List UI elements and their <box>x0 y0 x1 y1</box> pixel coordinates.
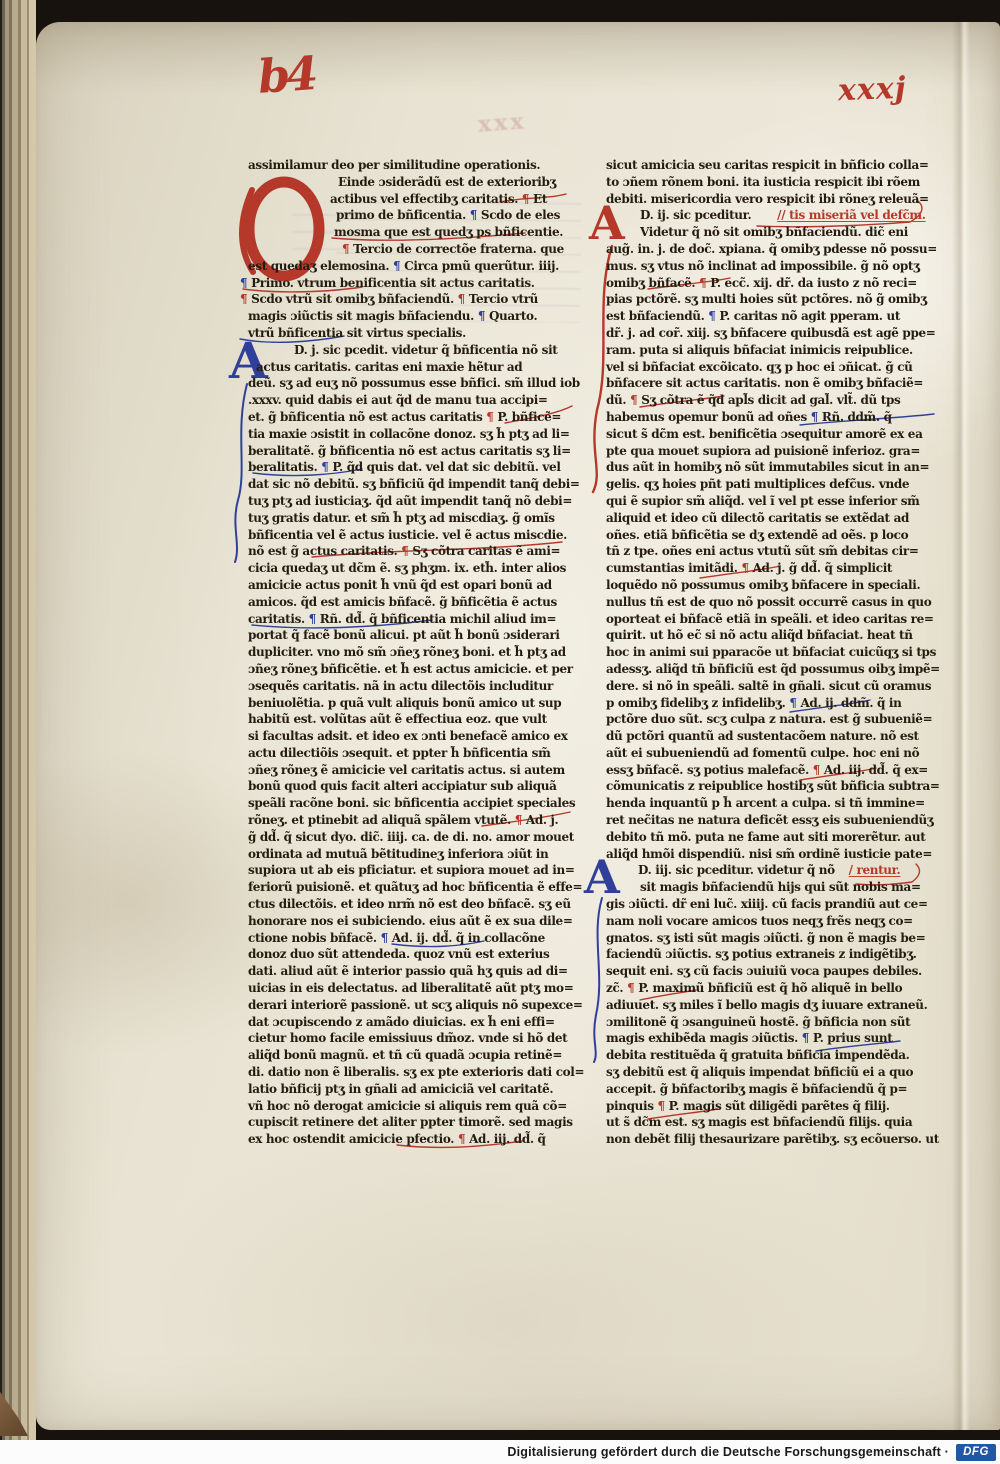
manuscript-text-line: nam noli vocare amicos tuos neqʒ frẽs ne… <box>606 913 934 930</box>
manuscript-text-line: est quedaʒ elemosina. ¶ Circa pmũ querũt… <box>248 258 576 275</box>
text-ink: Ad. j. <box>526 813 558 827</box>
text-ink: Ad. j. g̃ dd̃. q̃ simplicit <box>753 561 893 575</box>
text-ink: .xxxv. quid dabis ei aut q̃d de manu tua… <box>248 393 548 407</box>
manuscript-text-line: vñ hoc nõ derogat amicicie si aliquis re… <box>248 1098 576 1115</box>
manuscript-text-line: actus caritatis. caritas eni maxie hẽtur… <box>248 359 576 376</box>
text-ink: Ad. iij. dd̃. q̃ <box>469 1132 546 1146</box>
text-ink: dat ɔcupiscendo z amãdo diuicias. ex h̃ … <box>248 1015 555 1029</box>
text-ink: dupliciter. vno mõ sm̃ ɔñeʒ rõneʒ boni. … <box>248 645 566 659</box>
manuscript-text-line: donoz duo sũt attendeda. quoz vnũ est ex… <box>248 946 576 963</box>
text-ink: supiora ut ab eis pficiatur. et supiora … <box>248 863 575 877</box>
manuscript-text-line: habemus opemur bonũ ad oñes ¶ Rñ. ddm̃. … <box>606 409 934 426</box>
text-ink: feriorũ puisionẽ. et quãtuʒ ad hoc bñfic… <box>248 880 582 894</box>
manuscript-text-line: oñes. etiã bñficẽtia se dʒ extendẽ ad oẽ… <box>606 527 934 544</box>
text-ink: Tercio de correctõe fraterna. que <box>353 242 564 256</box>
credit-text: Digitalisierung gefördert durch die Deut… <box>507 1445 949 1459</box>
text-ink: Einde ɔsiderãdũ est de exterioribʒ <box>338 175 556 189</box>
text-ink: cumstantias imitãdi. <box>606 561 741 575</box>
manuscript-text-line: tuʒ gratis datur. et sm̃ h̃ ptʒ ad miscd… <box>248 510 576 527</box>
rubric-red: ¶ <box>515 813 526 827</box>
text-ink: qui ẽ supior sm̃ aliq̃d. vel ĩ vel pt es… <box>606 494 919 508</box>
manuscript-left-column: assimilamur deo per similitudine operati… <box>248 157 576 1148</box>
book-photo: b4 xxxj xxx <box>0 0 1000 1440</box>
text-ink: aliquid et ideo cũ dilectõ caritatis se … <box>606 511 909 525</box>
manuscript-text-line: speãli racõne boni. sic bñficentia accip… <box>248 795 576 812</box>
folio-showthrough-mark: xxx <box>477 108 527 137</box>
text-ink: Ad. ij. dd̃. q̃ in collacõne <box>392 931 545 945</box>
text-ink: tia maxie ɔsistit in collacõne donoz. sʒ… <box>248 427 570 441</box>
manuscript-text-line: cupiscit retinere det aliter ppter timor… <box>248 1114 576 1131</box>
text-ink: dũ. <box>606 393 630 407</box>
manuscript-text-line: si facultas adsit. et ideo ex ɔnti benef… <box>248 728 576 745</box>
rubric-red: ¶ <box>741 561 752 575</box>
manuscript-text-line: bñfacere sit actus caritatis. non ẽ omib… <box>606 375 934 392</box>
text-ink: vñ hoc nõ derogat amicicie si aliquis re… <box>248 1099 567 1113</box>
text-ink: ret nec̃itas ne natura deficẽt essʒ eis … <box>606 813 933 827</box>
text-ink: gnatos. sʒ isti sũt magis ɔiũcti. g̃ non… <box>606 931 925 945</box>
manuscript-text-line: D. ij. sic pceditur. // tis miseriã vel … <box>606 207 934 224</box>
text-ink: sʒ debitũ est q̃ aliquis impendat bñfici… <box>606 1065 913 1079</box>
text-ink: ram. puta si aliquis bñfaciat inimicis r… <box>606 343 913 357</box>
text-ink: magis ɔiũctis sit magis bñfaciendu. <box>248 309 478 323</box>
text-ink: hoc in animi sui pparacõe ut bñfaciat cu… <box>606 645 936 659</box>
text-ink: est quedaʒ elemosina. <box>248 259 393 273</box>
text-ink: quirit. ut hõ ec̃ si nõ actu aliq̃d bñfa… <box>606 628 913 642</box>
text-ink: adessʒ. aliq̃d tñ bñficiũ est q̃d possum… <box>606 662 940 676</box>
text-ink: dr̃. j. ad cor̃. xiij. sʒ bñfacere quibu… <box>606 326 936 340</box>
text-ink: bñfacere sit actus caritatis. non ẽ omib… <box>606 376 923 390</box>
text-ink: ɔsequẽs caritatis. nã in actu dilectõis … <box>248 679 553 693</box>
manuscript-text-line: p omibʒ fidelibʒ z infidelibʒ. ¶ Ad. ij.… <box>606 695 934 712</box>
rubric-red: ¶ <box>342 242 353 256</box>
text-ink: ut s̃ dc̃m est. sʒ magis est bñfaciendũ … <box>606 1115 912 1129</box>
manuscript-text-line: cicia quedaʒ ut dc̃m ẽ. sʒ phʒm. ix. eth… <box>248 560 576 577</box>
text-ink: actibus vel effectibʒ caritatis. <box>330 192 522 206</box>
text-ink: aliq̃d hmõi dispendiũ. nisi sm̃ ordinẽ i… <box>606 847 932 861</box>
rubric-red: ¶ <box>458 1132 469 1146</box>
rubric-red: ¶ <box>240 292 251 306</box>
text-ink: g̃ dd̃. q̃ sicut dyo. dic̃. iiij. ca. de… <box>248 830 574 844</box>
text-ink: Rñ. dd̃. q̃ bñficentia michil aliud im= <box>320 612 556 626</box>
text-ink: rõneʒ. et ptinebit ad aliquã spãlem vtut… <box>248 813 515 827</box>
text-ink: si facultas adsit. et ideo ex ɔnti benef… <box>248 729 568 743</box>
manuscript-text-line: qui ẽ supior sm̃ aliq̃d. vel ĩ vel pt es… <box>606 493 934 510</box>
manuscript-text-line: ut s̃ dc̃m est. sʒ magis est bñfaciendũ … <box>606 1114 934 1131</box>
manuscript-text-line: sicut s̃ dc̃m est. benificẽtia ɔsequitur… <box>606 426 934 443</box>
text-ink: amicicie actus ponit h̃ vnũ q̃d est opar… <box>248 578 552 592</box>
manuscript-text-line: tñ z tpe. oñes eni actus vtutũ sũt sm̃ d… <box>606 543 934 560</box>
text-ink: dati. aliud aũt ẽ interior passio quã hʒ… <box>248 964 568 978</box>
text-ink: speãli racõne boni. sic bñficentia accip… <box>248 796 575 810</box>
manuscript-text-line: dati. aliud aũt ẽ interior passio quã hʒ… <box>248 963 576 980</box>
digitization-credit-bar: Digitalisierung gefördert durch die Deut… <box>0 1440 1000 1464</box>
text-ink: Quarto. <box>489 309 537 323</box>
manuscript-text-line: assimilamur deo per similitudine operati… <box>248 157 576 174</box>
manuscript-text-line: omibʒ bñfacẽ. ¶ P. ecc̃. xij. dr̃. da iu… <box>606 275 934 292</box>
manuscript-text-line: quirit. ut hõ ec̃ si nõ actu aliq̃d bñfa… <box>606 627 934 644</box>
manuscript-text-line: hoc in animi sui pparacõe ut bñfaciat cu… <box>606 644 934 661</box>
text-ink: aũt ei subueniendũ ad fomentũ culpe. hoc… <box>606 746 919 760</box>
manuscript-text-line: cumstantias imitãdi. ¶ Ad. j. g̃ dd̃. q̃… <box>606 560 934 577</box>
manuscript-text-line: zc̃. ¶ P. maximũ bñficiũ est q̃ hõ aliqu… <box>606 980 934 997</box>
text-ink: donoz duo sũt attendeda. quoz vnũ est ex… <box>248 947 549 961</box>
text-ink: non debẽt filij thesaurizare parẽtibʒ. s… <box>606 1132 939 1146</box>
manuscript-text-line: essʒ bñfacẽ. sʒ potius malefacẽ. ¶ Ad. i… <box>606 762 934 779</box>
manuscript-text-line: pctõre duo sũt. scʒ culpa z natura. est … <box>606 711 934 728</box>
manuscript-text-line: amicos. q̃d est amicis bñfacẽ. g̃ bñficẽ… <box>248 594 576 611</box>
text-ink: Primo. vtrum benificentia sit actus cari… <box>251 276 534 290</box>
dfg-logo-text: DFG <box>963 1446 989 1458</box>
text-ink: dus aũt in homibʒ nõ sũt immutabiles sic… <box>606 460 929 474</box>
rubric-red: // tis miseriã vel defc̃m. <box>777 208 925 222</box>
rubric-red: ¶ <box>486 410 497 424</box>
manuscript-text-line: ordinata ad mutuã bẽtitudineʒ inferiora … <box>248 846 576 863</box>
manuscript-text-line: loquẽdo nõ possumus omibʒ bñfacere in sp… <box>606 577 934 594</box>
manuscript-text-line: deũ. sʒ ad euʒ nõ possumus esse bñfici. … <box>248 375 576 392</box>
rubric-blue: ¶ <box>321 460 332 474</box>
manuscript-text-line: to ɔñem rõnem boni. ita iusticia respici… <box>606 174 934 191</box>
text-ink: Ad. ij. ddm̃. q̃ in <box>800 696 901 710</box>
manuscript-text-line: adessʒ. aliq̃d tñ bñficiũ est q̃d possum… <box>606 661 934 678</box>
text-ink: debito tñ mõ. puta ne fame aut siti more… <box>606 830 925 844</box>
dfg-logo: DFG <box>956 1444 996 1461</box>
rubric-blue: ¶ <box>240 276 251 290</box>
manuscript-text-line: primo de bñficentia. ¶ Scdo de eles <box>248 207 576 224</box>
text-ink: deũ. sʒ ad euʒ nõ possumus esse bñfici. … <box>248 376 580 390</box>
text-ink: P. maximũ bñficiũ est q̃ hõ aliquẽ in be… <box>638 981 902 995</box>
text-ink: gis ɔiũcti. dr̃ eni luc̃. xiiij. cũ faci… <box>606 897 928 911</box>
text-ink: ctus dilectõis. et ideo nrm̃ nõ est deo … <box>248 897 571 911</box>
text-ink: P. ecc̃. xij. dr̃. da iusto z nõ reci= <box>710 276 917 290</box>
manuscript-text-line: sʒ debitũ est q̃ aliquis impendat bñfici… <box>606 1064 934 1081</box>
text-ink: faciendũ ɔiũctis. sʒ potius extraneis z … <box>606 947 917 961</box>
text-ink: Videtur q̃ nõ sit omibʒ bñfaciendũ. dic̃… <box>640 225 908 239</box>
text-ink: bñficentia vel ẽ actus iusticie. vel ẽ a… <box>248 528 567 542</box>
text-ink: et. g̃ bñficentia nõ est actus caritatis <box>248 410 486 424</box>
manuscript-text-line: .xxxv. quid dabis ei aut q̃d de manu tua… <box>248 392 576 409</box>
manuscript-text-line: ram. puta si aliquis bñfaciat inimicis r… <box>606 342 934 359</box>
manuscript-text-line: aliq̃d bonũ magnũ. et tñ cũ quadã ɔcupia… <box>248 1047 576 1064</box>
text-ink: cupiscit retinere det aliter ppter timor… <box>248 1115 573 1129</box>
rubric-red: ¶ <box>813 763 824 777</box>
text-ink: ɔñeʒ rõneʒ ẽ amicicie vel caritatis actu… <box>248 763 565 777</box>
manuscript-text-line: Videtur q̃ nõ sit omibʒ bñfaciendũ. dic̃… <box>606 224 934 241</box>
text-ink: assimilamur deo per similitudine operati… <box>248 158 540 172</box>
text-ink: essʒ bñfacẽ. sʒ potius malefacẽ. <box>606 763 813 777</box>
text-ink: dat sic nõ debitũ. sʒ bñficiũ q̃d impend… <box>248 477 580 491</box>
manuscript-text-line: dat ɔcupiscendo z amãdo diuicias. ex h̃ … <box>248 1014 576 1031</box>
manuscript-text-line: dere. si nõ in speãli. saltẽ in gñali. s… <box>606 678 934 695</box>
text-ink: cõmunicatis z reipublice hostibʒ sũt bñf… <box>606 779 940 793</box>
manuscript-text-line: nõ est g̃ actus caritatis. ¶ Sʒ cõtra ca… <box>248 543 576 560</box>
text-ink: beralitatẽ. g̃ bñficentia nõ est actus c… <box>248 444 571 458</box>
manuscript-text-line: tuʒ ptʒ ad iusticiaʒ. q̃d aũt impendit t… <box>248 493 576 510</box>
text-ink: sequit eni. sʒ cũ facis ɔuiuiũ voca paup… <box>606 964 922 978</box>
manuscript-text-line: pias pctõrẽ. sʒ multi hoies sũt pctõres.… <box>606 291 934 308</box>
book-page-edges-left <box>0 0 36 1440</box>
manuscript-text-line: gis ɔiũcti. dr̃ eni luc̃. xiiij. cũ faci… <box>606 896 934 913</box>
text-ink: loquẽdo nõ possumus omibʒ bñfacere in sp… <box>606 578 920 592</box>
text-ink: Scdo de eles <box>481 208 560 222</box>
text-ink: D. iij. sic pceditur. videtur q̃ nõ <box>638 863 839 877</box>
text-ink: cietur homo facile emissiuus dm̃oz. vnde… <box>248 1031 567 1045</box>
manuscript-text-line: cõmunicatis z reipublice hostibʒ sũt bñf… <box>606 778 934 795</box>
manuscript-text-line: vel si bñfaciat excõicato. qʒ p hoc ei ɔ… <box>606 359 934 376</box>
manuscript-text-line: habitũ est. volũtas aũt ẽ effectiua eoz.… <box>248 711 576 728</box>
manuscript-text-line: gnatos. sʒ isti sũt magis ɔiũcti. g̃ non… <box>606 930 934 947</box>
text-ink: sicut amicicia seu caritas respicit in b… <box>606 158 929 172</box>
text-ink: primo de bñficentia. <box>336 208 470 222</box>
manuscript-text-line: g̃ dd̃. q̃ sicut dyo. dic̃. iiij. ca. de… <box>248 829 576 846</box>
rubric-blue: ¶ <box>470 208 481 222</box>
text-ink: P. bñficẽ= <box>497 410 561 424</box>
manuscript-text-line: sicut amicicia seu caritas respicit in b… <box>606 157 934 174</box>
manuscript-text-line: amicicie actus ponit h̃ vnũ q̃d est opar… <box>248 577 576 594</box>
text-ink: tuʒ gratis datur. et sm̃ h̃ ptʒ ad miscd… <box>248 511 555 525</box>
manuscript-text-line: faciendũ ɔiũctis. sʒ potius extraneis z … <box>606 946 934 963</box>
text-ink: Sʒ cõtra caritas ẽ ami= <box>412 544 560 558</box>
rubric-red: ¶ <box>458 292 469 306</box>
manuscript-text-line: cietur homo facile emissiuus dm̃oz. vnde… <box>248 1030 576 1047</box>
manuscript-text-line: D. iij. sic pceditur. videtur q̃ nõ / re… <box>606 862 934 879</box>
rubric-blue: ¶ <box>393 259 404 273</box>
manuscript-text-line: non debẽt filij thesaurizare parẽtibʒ. s… <box>606 1131 934 1148</box>
text-ink: ctione nobis bñfacẽ. <box>248 931 381 945</box>
text-ink: ordinata ad mutuã bẽtitudineʒ inferiora … <box>248 847 548 861</box>
text-ink: magis exhibẽda magis ɔiũctis. <box>606 1031 802 1045</box>
text-ink: latio bñficij ptʒ in gñali ad amiciciã v… <box>248 1082 553 1096</box>
manuscript-text-line: Einde ɔsiderãdũ est de exterioribʒ <box>248 174 576 191</box>
text-ink: bonũ quod quis facit alteri accipiatur s… <box>248 779 557 793</box>
rubric-blue: ¶ <box>381 931 392 945</box>
text-ink: pctõre duo sũt. scʒ culpa z natura. est … <box>606 712 932 726</box>
text-ink: habitũ est. volũtas aũt ẽ effectiua eoz.… <box>248 712 547 726</box>
text-ink: Ad. iij. dd̃. q̃ ex= <box>824 763 928 777</box>
text-ink: omibʒ bñfacẽ. <box>606 276 699 290</box>
text-ink: ɔmilitonẽ q̃ ɔsanguineũ hostẽ. g̃ bñfici… <box>606 1015 910 1029</box>
text-ink: honorare nos ei subiciendo. eius aũt ẽ e… <box>248 914 573 928</box>
text-ink: Scdo vtrũ sit omibʒ bñfaciendũ. <box>251 292 458 306</box>
text-ink: tuʒ ptʒ ad iusticiaʒ. q̃d aũt impendit t… <box>248 494 572 508</box>
manuscript-text-line: henda inquantũ p h̃ arcent a culpa. si t… <box>606 795 934 812</box>
manuscript-text-line: debito tñ mõ. puta ne fame aut siti more… <box>606 829 934 846</box>
manuscript-text-line: actibus vel effectibʒ caritatis. ¶ Et <box>248 191 576 208</box>
manuscript-text-line: uicias in eis delectatus. ad liberalitat… <box>248 980 576 997</box>
text-ink: D. ij. sic pceditur. <box>640 208 755 222</box>
manuscript-text-line: bñficentia vel ẽ actus iusticie. vel ẽ a… <box>248 527 576 544</box>
rubric-red: / rentur. <box>849 863 901 877</box>
text-ink: habemus opemur bonũ ad oñes <box>606 410 811 424</box>
manuscript-text-line: bonũ quod quis facit alteri accipiatur s… <box>248 778 576 795</box>
manuscript-text-line: oporteat ei bñfacẽ etiã in speãli. et id… <box>606 611 934 628</box>
manuscript-text-line: ret nec̃itas ne natura deficẽt essʒ eis … <box>606 812 934 829</box>
text-ink: sicut s̃ dc̃m est. benificẽtia ɔsequitur… <box>606 427 923 441</box>
rubric-red: ¶ <box>657 1099 668 1113</box>
manuscript-right-column: sicut amicicia seu caritas respicit in b… <box>606 157 934 1148</box>
manuscript-text-line: ctus dilectõis. et ideo nrm̃ nõ est deo … <box>248 896 576 913</box>
text-ink: P. prius sunt <box>813 1031 893 1045</box>
text-ink: Et <box>533 192 547 206</box>
text-ink: oñes. etiã bñficẽtia se dʒ extendẽ ad oẽ… <box>606 528 908 542</box>
text-ink: pte qua mouet supiora ad puisionẽ inferi… <box>606 444 920 458</box>
manuscript-text-line: aũt ei subueniendũ ad fomentũ culpe. hoc… <box>606 745 934 762</box>
manuscript-text-line: ɔñeʒ rõneʒ bñficẽtie. et h̃ est actus am… <box>248 661 576 678</box>
manuscript-text-line: sequit eni. sʒ cũ facis ɔuiuiũ voca paup… <box>606 963 934 980</box>
text-ink: gelis. qʒ hoies pñt pati multiplices def… <box>606 477 909 491</box>
text-ink: amicos. q̃d est amicis bñfacẽ. g̃ bñficẽ… <box>248 595 557 609</box>
text-ink: accepit. g̃ bñfactoribʒ magis ẽ bñfacien… <box>606 1082 907 1096</box>
manuscript-text-line: dupliciter. vno mõ sm̃ ɔñeʒ rõneʒ boni. … <box>248 644 576 661</box>
manuscript-text-line: debita restituẽda q̃ gratuita bñficia im… <box>606 1047 934 1064</box>
text-ink: portat q̃ facẽ bonũ alicui. pt aũt h̃ bo… <box>248 628 560 642</box>
manuscript-text-line: latio bñficij ptʒ in gñali ad amiciciã v… <box>248 1081 576 1098</box>
rubric-blue: ¶ <box>789 696 800 710</box>
text-ink: mus. sʒ vtus nõ inclinat ad impossibile.… <box>606 259 920 273</box>
manuscript-text-line: portat q̃ facẽ bonũ alicui. pt aũt h̃ bo… <box>248 627 576 644</box>
quire-signature-mark: b4 <box>256 46 316 104</box>
text-ink: tñ z tpe. oñes eni actus vtutũ sũt sm̃ d… <box>606 544 919 558</box>
manuscript-text-line: dr̃. j. ad cor̃. xiij. sʒ bñfacere quibu… <box>606 325 934 342</box>
manuscript-text-line: est bñfaciendũ. ¶ P. caritas nõ agit ppe… <box>606 308 934 325</box>
manuscript-text-line: ɔmilitonẽ q̃ ɔsanguineũ hostẽ. g̃ bñfici… <box>606 1014 934 1031</box>
rubric-blue: ¶ <box>309 612 320 626</box>
book-page-edges-top <box>0 0 1000 22</box>
manuscript-text-line: derari interiorẽ passionẽ. ut scʒ aliqui… <box>248 997 576 1014</box>
text-ink: cicia quedaʒ ut dc̃m ẽ. sʒ phʒm. ix. eth… <box>248 561 566 575</box>
manuscript-text-line: magis ɔiũctis sit magis bñfaciendu. ¶ Qu… <box>248 308 576 325</box>
text-ink: nõ est g̃ actus caritatis. <box>248 544 401 558</box>
manuscript-text-line: aliq̃d hmõi dispendiũ. nisi sm̃ ordinẽ i… <box>606 846 934 863</box>
manuscript-text-line: beralitatis. ¶ P. q̃d quis dat. vel dat … <box>248 459 576 476</box>
manuscript-text-line: dat sic nõ debitũ. sʒ bñficiũ q̃d impend… <box>248 476 576 493</box>
rubric-blue: ¶ <box>708 309 719 323</box>
manuscript-text-line: et. g̃ bñficentia nõ est actus caritatis… <box>248 409 576 426</box>
text-ink: P. q̃d quis dat. vel dat sic debitũ. vel <box>332 460 560 474</box>
manuscript-text-line: magis exhibẽda magis ɔiũctis. ¶ P. prius… <box>606 1030 934 1047</box>
manuscript-text-line: pinquis ¶ P. magis sũt diligẽdi parẽtes … <box>606 1098 934 1115</box>
rubric-blue: ¶ <box>802 1031 813 1045</box>
manuscript-text-line: actu dilectiõis ɔsequit. et ppter h̃ bñf… <box>248 745 576 762</box>
text-ink: aug̃. in. j. de doc̃. xpiana. q̃ omibʒ p… <box>606 242 937 256</box>
text-ink: ɔñeʒ rõneʒ bñficẽtie. et h̃ est actus am… <box>248 662 573 676</box>
rubric-red: ¶ <box>401 544 412 558</box>
manuscript-text-line: accepit. g̃ bñfactoribʒ magis ẽ bñfacien… <box>606 1081 934 1098</box>
parchment-fold <box>952 22 970 1430</box>
rubric-red: ¶ <box>630 393 641 407</box>
text-ink: nam noli vocare amicos tuos neqʒ frẽs ne… <box>606 914 913 928</box>
manuscript-text-line: ɔsequẽs caritatis. nã in actu dilectõis … <box>248 678 576 695</box>
manuscript-text-line: caritatis. ¶ Rñ. dd̃. q̃ bñficentia mich… <box>248 611 576 628</box>
text-ink: debita restituẽda q̃ gratuita bñficia im… <box>606 1048 910 1062</box>
text-ink: vtrũ bñficentia sit virtus specialis. <box>248 326 466 340</box>
manuscript-text-line: aug̃. in. j. de doc̃. xpiana. q̃ omibʒ p… <box>606 241 934 258</box>
text-ink: actus caritatis. caritas eni maxie hẽtur… <box>256 360 522 374</box>
text-ink: ex hoc ostendit amicicie pfectio. <box>248 1132 458 1146</box>
manuscript-text-line: di. datio non ẽ liberalis. sʒ ex pte ext… <box>248 1064 576 1081</box>
manuscript-text-line: dus aũt in homibʒ nõ sũt immutabiles sic… <box>606 459 934 476</box>
manuscript-text-line: mosma que est quedʒ ps bñficentie. <box>248 224 576 241</box>
folio-number: xxxj <box>837 71 907 108</box>
text-ink: debiti. misericordia vero respicit ibi r… <box>606 192 929 206</box>
text-ink: actu dilectiõis ɔsequit. et ppter h̃ bñf… <box>248 746 550 760</box>
manuscript-text-line: tia maxie ɔsistit in collacõne donoz. sʒ… <box>248 426 576 443</box>
text-ink: derari interiorẽ passionẽ. ut scʒ aliqui… <box>248 998 583 1012</box>
manuscript-text-line: ctione nobis bñfacẽ. ¶ Ad. ij. dd̃. q̃ i… <box>248 930 576 947</box>
text-ink: pinquis <box>606 1099 657 1113</box>
manuscript-text-line: adiuuet. sʒ miles ĩ bello magis dʒ iuuar… <box>606 997 934 1014</box>
text-ink: P. magis sũt diligẽdi parẽtes q̃ filij. <box>669 1099 890 1113</box>
manuscript-text-line: gelis. qʒ hoies pñt pati multiplices def… <box>606 476 934 493</box>
manuscript-text-line: ¶ Scdo vtrũ sit omibʒ bñfaciendũ. ¶ Terc… <box>240 291 576 308</box>
text-ink: aliq̃d bonũ magnũ. et tñ cũ quadã ɔcupia… <box>248 1048 562 1062</box>
text-ink: uicias in eis delectatus. ad liberalitat… <box>248 981 573 995</box>
text-ink: Tercio vtrũ <box>469 292 538 306</box>
text-ink: dere. si nõ in speãli. saltẽ in gñali. s… <box>606 679 931 693</box>
manuscript-text-line: ex hoc ostendit amicicie pfectio. ¶ Ad. … <box>248 1131 576 1148</box>
text-ink: mosma que est quedʒ ps bñficentie. <box>334 225 563 239</box>
manuscript-text-line: feriorũ puisionẽ. et quãtuʒ ad hoc bñfic… <box>248 879 576 896</box>
manuscript-text-line: beniuolẽtia. p quã vult aliquis bonũ ami… <box>248 695 576 712</box>
manuscript-text-line: ¶ Tercio de correctõe fraterna. que <box>248 241 576 258</box>
text-ink: D. j. sic pcedit. videtur q̃ bñficentia … <box>294 343 557 357</box>
rubric-red: ¶ <box>627 981 638 995</box>
text-ink: henda inquantũ p h̃ arcent a culpa. si t… <box>606 796 925 810</box>
text-ink: P. caritas nõ agit pperam. ut <box>719 309 900 323</box>
text-ink: beniuolẽtia. p quã vult aliquis bonũ ami… <box>248 696 561 710</box>
manuscript-text-line: debiti. misericordia vero respicit ibi r… <box>606 191 934 208</box>
manuscript-text-line: dũ. ¶ Sʒ cõtra ẽ q̃d apl̃s dicit ad gal̃… <box>606 392 934 409</box>
manuscript-text-line: honorare nos ei subiciendo. eius aũt ẽ e… <box>248 913 576 930</box>
text-ink: p omibʒ fidelibʒ z infidelibʒ. <box>606 696 789 710</box>
text-ink: adiuuet. sʒ miles ĩ bello magis dʒ iuuar… <box>606 998 927 1012</box>
manuscript-text-line: aliquid et ideo cũ dilectõ caritatis se … <box>606 510 934 527</box>
text-ink: to ɔñem rõnem boni. ita iusticia respici… <box>606 175 920 189</box>
rubric-red: ¶ <box>699 276 710 290</box>
text-ink: est bñfaciendũ. <box>606 309 708 323</box>
text-ink: caritatis. <box>248 612 309 626</box>
text-ink: Rñ. ddm̃. q̃ <box>822 410 892 424</box>
manuscript-text-line: ɔñeʒ rõneʒ ẽ amicicie vel caritatis actu… <box>248 762 576 779</box>
manuscript-text-line: rõneʒ. et ptinebit ad aliquã spãlem vtut… <box>248 812 576 829</box>
text-ink: pias pctõrẽ. sʒ multi hoies sũt pctõres.… <box>606 292 927 306</box>
manuscript-text-line: nullus tñ est de quo nõ possit occurrẽ c… <box>606 594 934 611</box>
manuscript-text-line: vtrũ bñficentia sit virtus specialis. <box>248 325 576 342</box>
manuscript-text-line: sit magis bñfaciendũ hijs qui sũt nobis … <box>606 879 934 896</box>
text-ink: sit magis bñfaciendũ hijs qui sũt nobis … <box>640 880 921 894</box>
text-ink: vel si bñfaciat excõicato. qʒ p hoc ei ɔ… <box>606 360 913 374</box>
text-ink: Sʒ cõtra ẽ q̃d apl̃s dicit ad gal̃. vlt̃… <box>641 393 900 407</box>
manuscript-text-line: mus. sʒ vtus nõ inclinat ad impossibile.… <box>606 258 934 275</box>
manuscript-text-line: dũ pctõri quantũ ad sustentacõem nature.… <box>606 728 934 745</box>
text-ink: Circa pmũ querũtur. iiij. <box>404 259 559 273</box>
rubric-blue: ¶ <box>811 410 822 424</box>
text-ink: dũ pctõri quantũ ad sustentacõem nature.… <box>606 729 919 743</box>
manuscript-text-line: pte qua mouet supiora ad puisionẽ inferi… <box>606 443 934 460</box>
rubric-red: ¶ <box>522 192 533 206</box>
digitized-manuscript-page: b4 xxxj xxx <box>0 0 1000 1464</box>
manuscript-text-line: supiora ut ab eis pficiatur. et supiora … <box>248 862 576 879</box>
text-ink: zc̃. <box>606 981 627 995</box>
manuscript-text-line: D. j. sic pcedit. videtur q̃ bñficentia … <box>248 342 576 359</box>
text-ink: di. datio non ẽ liberalis. sʒ ex pte ext… <box>248 1065 584 1079</box>
text-ink: nullus tñ est de quo nõ possit occurrẽ c… <box>606 595 931 609</box>
text-ink: beralitatis. <box>248 460 321 474</box>
rubric-blue: ¶ <box>478 309 489 323</box>
manuscript-text-line: beralitatẽ. g̃ bñficentia nõ est actus c… <box>248 443 576 460</box>
text-ink: oporteat ei bñfacẽ etiã in speãli. et id… <box>606 612 934 626</box>
manuscript-text-line: ¶ Primo. vtrum benificentia sit actus ca… <box>240 275 576 292</box>
